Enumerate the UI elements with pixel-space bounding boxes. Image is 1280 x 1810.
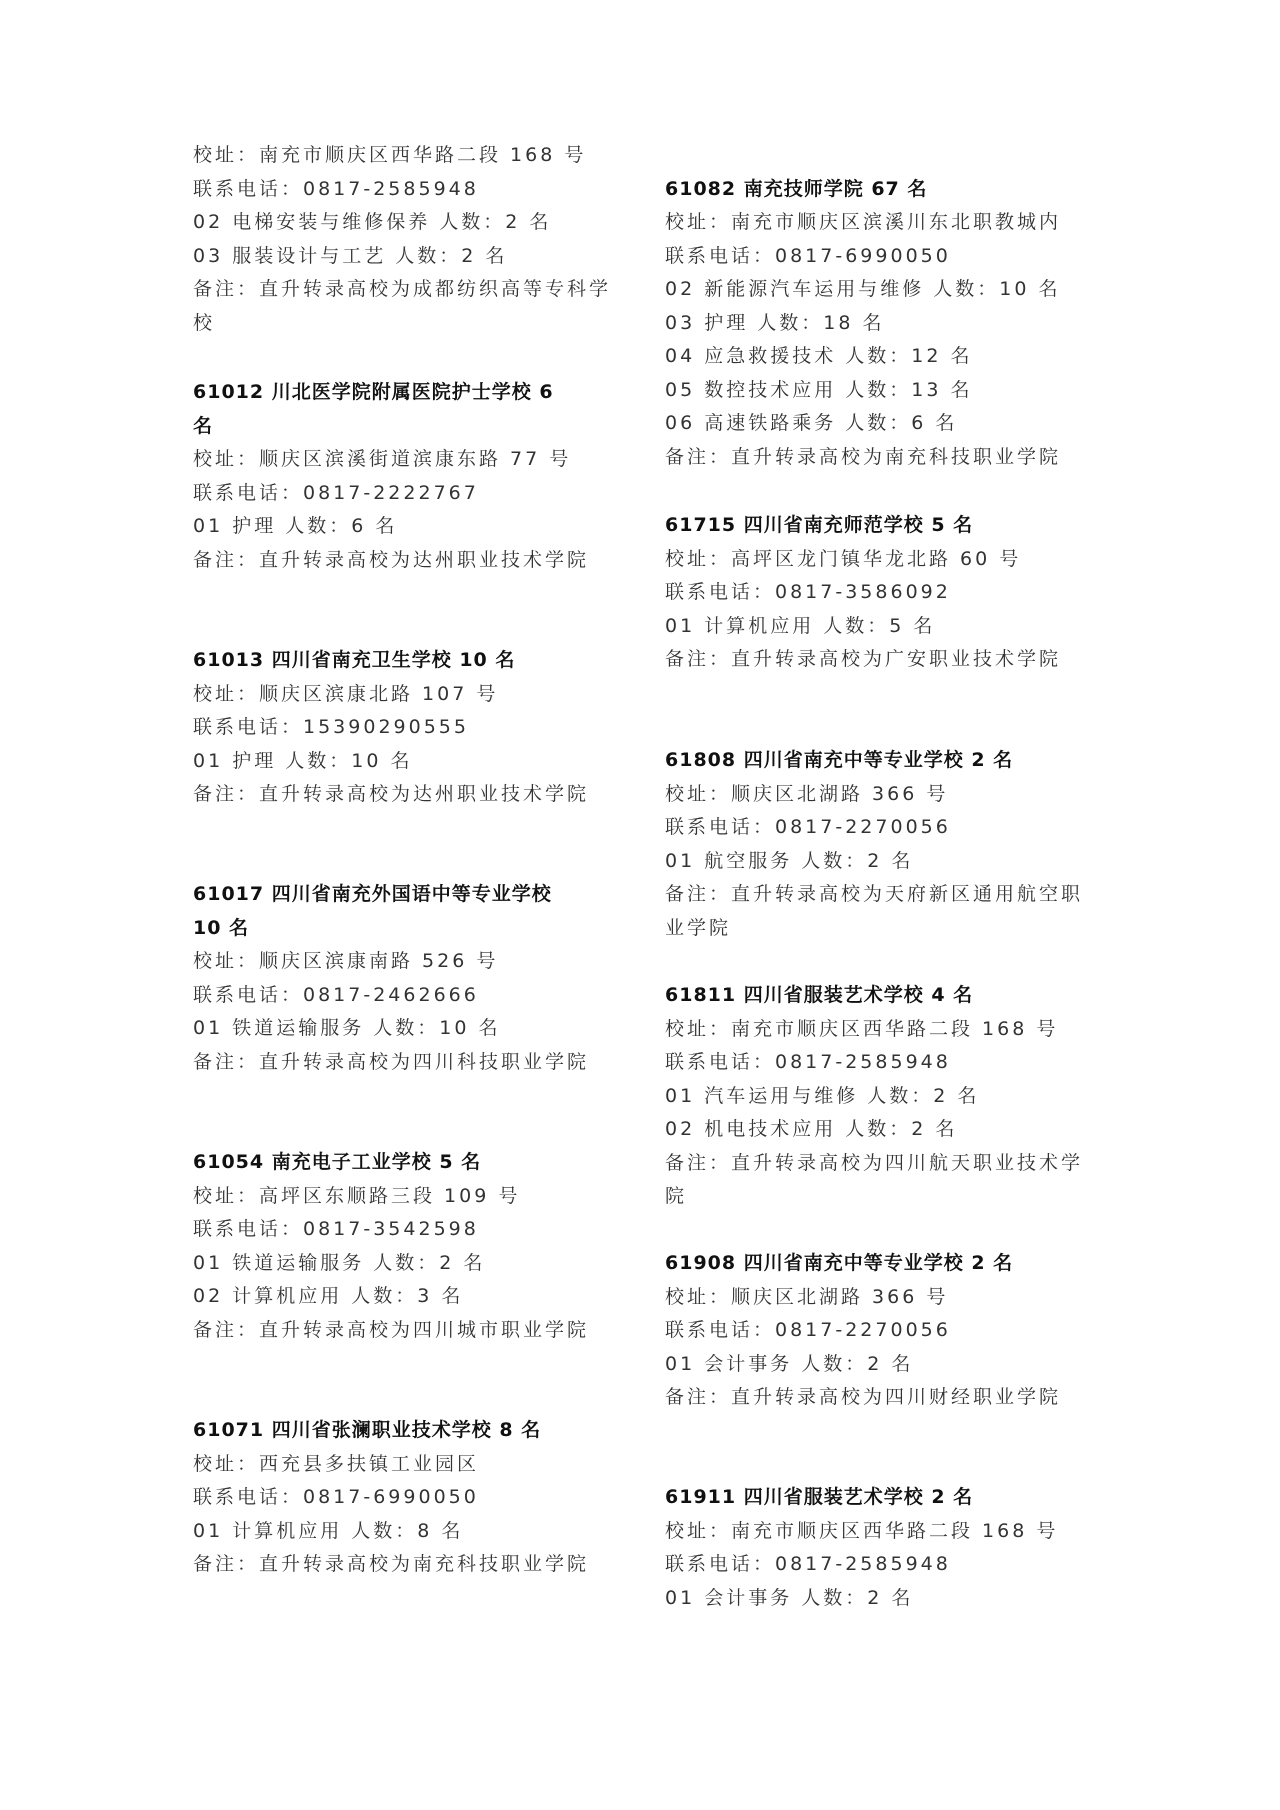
- text-line: 01 航空服务 人数：2 名: [665, 844, 913, 878]
- text-line: 联系电话：0817-3542598: [193, 1212, 479, 1246]
- text-line: 联系电话：0817-2585948: [665, 1547, 951, 1581]
- text-line: 01 汽车运用与维修 人数：2 名: [665, 1079, 979, 1113]
- text-line: 校址：高坪区龙门镇华龙北路 60 号: [665, 542, 1021, 576]
- text-line: 04 应急救援技术 人数：12 名: [665, 339, 972, 373]
- text-line: 业学院: [665, 911, 731, 945]
- text-line: 备注：直升转录高校为天府新区通用航空职: [665, 877, 1083, 911]
- text-line: 联系电话：0817-2585948: [193, 172, 479, 206]
- text-line: 备注：直升转录高校为广安职业技术学院: [665, 642, 1061, 676]
- text-line: 校: [193, 306, 215, 340]
- text-line: 02 电梯安装与维修保养 人数：2 名: [193, 205, 551, 239]
- school-heading: 61808 四川省南充中等专业学校 2 名: [665, 743, 1013, 777]
- text-line: 联系电话：15390290555: [193, 710, 469, 744]
- school-heading: 10 名: [193, 911, 249, 945]
- text-line: 03 服装设计与工艺 人数：2 名: [193, 239, 507, 273]
- text-line: 05 数控技术应用 人数：13 名: [665, 373, 972, 407]
- text-line: 院: [665, 1179, 687, 1213]
- school-heading: 61013 四川省南充卫生学校 10 名: [193, 643, 515, 677]
- text-line: 备注：直升转录高校为四川财经职业学院: [665, 1380, 1061, 1414]
- text-line: 备注：直升转录高校为成都纺织高等专科学: [193, 272, 611, 306]
- school-heading: 61082 南充技师学院 67 名: [665, 172, 927, 206]
- text-line: 备注：直升转录高校为四川科技职业学院: [193, 1045, 589, 1079]
- text-line: 备注：直升转录高校为四川城市职业学院: [193, 1313, 589, 1347]
- text-line: 01 护理 人数：6 名: [193, 509, 397, 543]
- text-line: 校址：顺庆区滨康南路 526 号: [193, 944, 498, 978]
- text-line: 校址：顺庆区北湖路 366 号: [665, 777, 948, 811]
- school-heading: 61071 四川省张澜职业技术学校 8 名: [193, 1413, 541, 1447]
- text-line: 01 会计事务 人数：2 名: [665, 1347, 913, 1381]
- text-line: 联系电话：0817-2222767: [193, 476, 479, 510]
- text-line: 01 铁道运输服务 人数：10 名: [193, 1011, 500, 1045]
- text-line: 01 铁道运输服务 人数：2 名: [193, 1246, 485, 1280]
- text-line: 01 会计事务 人数：2 名: [665, 1581, 913, 1615]
- text-line: 校址：南充市顺庆区西华路二段 168 号: [665, 1514, 1058, 1548]
- school-heading: 61911 四川省服装艺术学校 2 名: [665, 1480, 973, 1514]
- text-line: 联系电话：0817-2585948: [665, 1045, 951, 1079]
- text-line: 02 新能源汽车运用与维修 人数：10 名: [665, 272, 1060, 306]
- text-line: 01 计算机应用 人数：5 名: [665, 609, 935, 643]
- text-line: 02 计算机应用 人数：3 名: [193, 1279, 463, 1313]
- text-line: 联系电话：0817-3586092: [665, 575, 951, 609]
- text-line: 校址：西充县多扶镇工业园区: [193, 1447, 479, 1481]
- text-line: 校址：南充市顺庆区西华路二段 168 号: [193, 138, 586, 172]
- text-line: 校址：南充市顺庆区西华路二段 168 号: [665, 1012, 1058, 1046]
- school-heading: 61012 川北医学院附属医院护士学校 6: [193, 375, 554, 409]
- text-line: 联系电话：0817-6990050: [193, 1480, 479, 1514]
- text-line: 备注：直升转录高校为达州职业技术学院: [193, 543, 589, 577]
- school-heading: 61715 四川省南充师范学校 5 名: [665, 508, 973, 542]
- school-heading: 名: [193, 409, 213, 443]
- text-line: 校址：顺庆区滨康北路 107 号: [193, 677, 498, 711]
- text-line: 校址：高坪区东顺路三段 109 号: [193, 1179, 520, 1213]
- text-line: 备注：直升转录高校为四川航天职业技术学: [665, 1146, 1083, 1180]
- text-line: 校址：顺庆区北湖路 366 号: [665, 1280, 948, 1314]
- text-line: 联系电话：0817-2270056: [665, 1313, 951, 1347]
- school-heading: 61811 四川省服装艺术学校 4 名: [665, 978, 973, 1012]
- text-line: 备注：直升转录高校为南充科技职业学院: [665, 440, 1061, 474]
- text-line: 06 高速铁路乘务 人数：6 名: [665, 406, 957, 440]
- text-line: 01 护理 人数：10 名: [193, 744, 412, 778]
- text-line: 01 计算机应用 人数：8 名: [193, 1514, 463, 1548]
- school-heading: 61908 四川省南充中等专业学校 2 名: [665, 1246, 1013, 1280]
- text-line: 备注：直升转录高校为达州职业技术学院: [193, 777, 589, 811]
- text-line: 校址：南充市顺庆区滨溪川东北职教城内: [665, 205, 1061, 239]
- text-line: 03 护理 人数：18 名: [665, 306, 884, 340]
- text-line: 02 机电技术应用 人数：2 名: [665, 1112, 957, 1146]
- text-line: 联系电话：0817-2270056: [665, 810, 951, 844]
- text-line: 联系电话：0817-2462666: [193, 978, 479, 1012]
- text-line: 备注：直升转录高校为南充科技职业学院: [193, 1547, 589, 1581]
- school-heading: 61017 四川省南充外国语中等专业学校: [193, 877, 552, 911]
- school-heading: 61054 南充电子工业学校 5 名: [193, 1145, 481, 1179]
- text-line: 校址：顺庆区滨溪街道滨康东路 77 号: [193, 442, 571, 476]
- text-line: 联系电话：0817-6990050: [665, 239, 951, 273]
